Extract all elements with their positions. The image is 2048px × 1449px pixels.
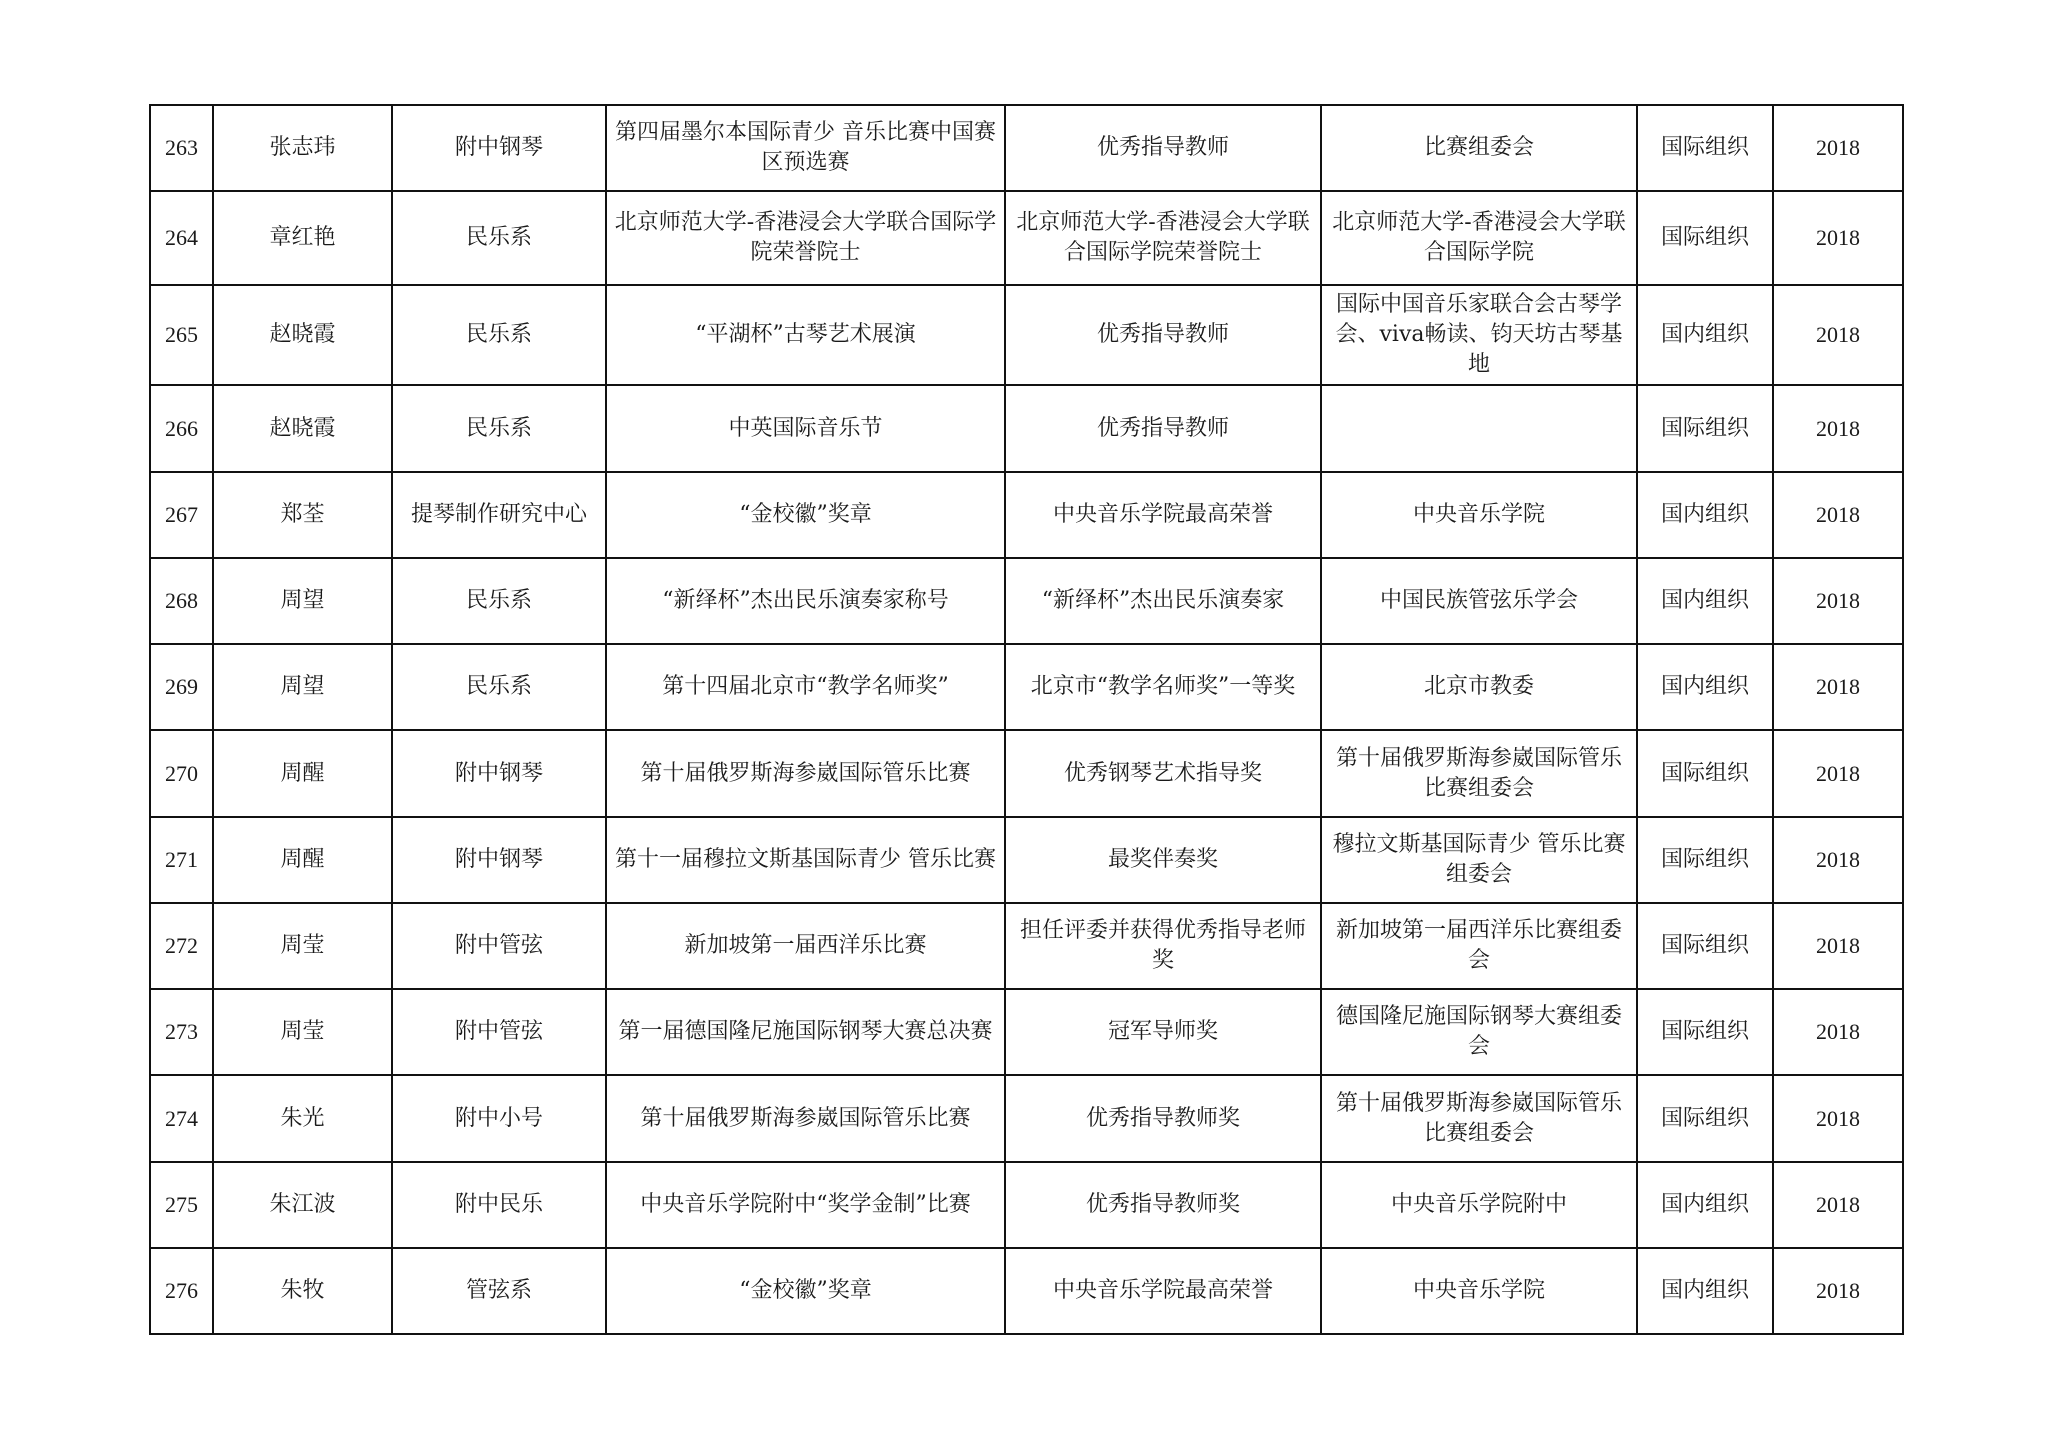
- issuing-organization: 新加坡第一届西洋乐比赛组委会: [1321, 903, 1637, 989]
- person-name: 章红艳: [213, 191, 392, 285]
- department: 附中民乐: [392, 1162, 606, 1248]
- table-row: 263 张志玮 附中钢琴 第四届墨尔本国际青少 音乐比赛中国赛区预选赛 优秀指导…: [150, 105, 1903, 191]
- row-number: 273: [150, 989, 213, 1075]
- awards-table: 263 张志玮 附中钢琴 第四届墨尔本国际青少 音乐比赛中国赛区预选赛 优秀指导…: [149, 104, 1904, 1335]
- issuing-organization: 北京师范大学-香港浸会大学联合国际学院: [1321, 191, 1637, 285]
- organization-type: 国际组织: [1637, 730, 1773, 817]
- department: 附中管弦: [392, 989, 606, 1075]
- person-name: 周莹: [213, 989, 392, 1075]
- person-name: 赵晓霞: [213, 285, 392, 385]
- event-name: 第十届俄罗斯海参崴国际管乐比赛: [606, 730, 1005, 817]
- row-number: 275: [150, 1162, 213, 1248]
- organization-type: 国际组织: [1637, 1075, 1773, 1162]
- person-name: 张志玮: [213, 105, 392, 191]
- year: 2018: [1773, 1248, 1903, 1334]
- issuing-organization: 中央音乐学院: [1321, 472, 1637, 558]
- organization-type: 国际组织: [1637, 989, 1773, 1075]
- organization-type: 国内组织: [1637, 472, 1773, 558]
- row-number: 263: [150, 105, 213, 191]
- year: 2018: [1773, 817, 1903, 903]
- event-name: 中央音乐学院附中“奖学金制”比赛: [606, 1162, 1005, 1248]
- organization-type: 国际组织: [1637, 105, 1773, 191]
- department: 附中管弦: [392, 903, 606, 989]
- table-row: 275 朱江波 附中民乐 中央音乐学院附中“奖学金制”比赛 优秀指导教师奖 中央…: [150, 1162, 1903, 1248]
- table-row: 274 朱光 附中小号 第十届俄罗斯海参崴国际管乐比赛 优秀指导教师奖 第十届俄…: [150, 1075, 1903, 1162]
- table-row: 270 周醒 附中钢琴 第十届俄罗斯海参崴国际管乐比赛 优秀钢琴艺术指导奖 第十…: [150, 730, 1903, 817]
- department: 民乐系: [392, 558, 606, 644]
- event-name: 第四届墨尔本国际青少 音乐比赛中国赛区预选赛: [606, 105, 1005, 191]
- award-name: 优秀指导教师奖: [1005, 1075, 1321, 1162]
- row-number: 264: [150, 191, 213, 285]
- issuing-organization: 中央音乐学院: [1321, 1248, 1637, 1334]
- organization-type: 国际组织: [1637, 903, 1773, 989]
- award-name: 优秀指导教师: [1005, 285, 1321, 385]
- organization-type: 国内组织: [1637, 1162, 1773, 1248]
- row-number: 276: [150, 1248, 213, 1334]
- event-name: 第一届德国隆尼施国际钢琴大赛总决赛: [606, 989, 1005, 1075]
- award-name: 最奖伴奏奖: [1005, 817, 1321, 903]
- row-number: 266: [150, 385, 213, 472]
- organization-type: 国内组织: [1637, 644, 1773, 730]
- person-name: 朱牧: [213, 1248, 392, 1334]
- issuing-organization: [1321, 385, 1637, 472]
- department: 提琴制作研究中心: [392, 472, 606, 558]
- issuing-organization: 第十届俄罗斯海参崴国际管乐比赛组委会: [1321, 730, 1637, 817]
- person-name: 郑荃: [213, 472, 392, 558]
- award-name: 优秀钢琴艺术指导奖: [1005, 730, 1321, 817]
- event-name: “新绎杯”杰出民乐演奏家称号: [606, 558, 1005, 644]
- event-name: 新加坡第一届西洋乐比赛: [606, 903, 1005, 989]
- person-name: 周醒: [213, 730, 392, 817]
- person-name: 朱江波: [213, 1162, 392, 1248]
- issuing-organization: 国际中国音乐家联合会古琴学会、viva畅读、钧天坊古琴基地: [1321, 285, 1637, 385]
- person-name: 周莹: [213, 903, 392, 989]
- document-page: 263 张志玮 附中钢琴 第四届墨尔本国际青少 音乐比赛中国赛区预选赛 优秀指导…: [0, 0, 2048, 1449]
- person-name: 朱光: [213, 1075, 392, 1162]
- award-name: 优秀指导教师: [1005, 105, 1321, 191]
- department: 民乐系: [392, 644, 606, 730]
- table-row: 264 章红艳 民乐系 北京师范大学-香港浸会大学联合国际学院荣誉院士 北京师范…: [150, 191, 1903, 285]
- organization-type: 国际组织: [1637, 817, 1773, 903]
- row-number: 272: [150, 903, 213, 989]
- year: 2018: [1773, 285, 1903, 385]
- table-row: 268 周望 民乐系 “新绎杯”杰出民乐演奏家称号 “新绎杯”杰出民乐演奏家 中…: [150, 558, 1903, 644]
- department: 民乐系: [392, 385, 606, 472]
- year: 2018: [1773, 558, 1903, 644]
- table-row: 276 朱牧 管弦系 “金校徽”奖章 中央音乐学院最高荣誉 中央音乐学院 国内组…: [150, 1248, 1903, 1334]
- person-name: 周望: [213, 558, 392, 644]
- row-number: 270: [150, 730, 213, 817]
- event-name: 北京师范大学-香港浸会大学联合国际学院荣誉院士: [606, 191, 1005, 285]
- department: 管弦系: [392, 1248, 606, 1334]
- department: 附中钢琴: [392, 817, 606, 903]
- event-name: 第十一届穆拉文斯基国际青少 管乐比赛: [606, 817, 1005, 903]
- organization-type: 国内组织: [1637, 558, 1773, 644]
- year: 2018: [1773, 472, 1903, 558]
- year: 2018: [1773, 730, 1903, 817]
- award-name: 北京市“教学名师奖”一等奖: [1005, 644, 1321, 730]
- award-name: 担任评委并获得优秀指导老师奖: [1005, 903, 1321, 989]
- award-name: 中央音乐学院最高荣誉: [1005, 472, 1321, 558]
- organization-type: 国际组织: [1637, 191, 1773, 285]
- department: 民乐系: [392, 191, 606, 285]
- award-name: 优秀指导教师: [1005, 385, 1321, 472]
- issuing-organization: 北京市教委: [1321, 644, 1637, 730]
- row-number: 267: [150, 472, 213, 558]
- organization-type: 国际组织: [1637, 385, 1773, 472]
- person-name: 周醒: [213, 817, 392, 903]
- event-name: 第十四届北京市“教学名师奖”: [606, 644, 1005, 730]
- row-number: 271: [150, 817, 213, 903]
- year: 2018: [1773, 105, 1903, 191]
- event-name: “平湖杯”古琴艺术展演: [606, 285, 1005, 385]
- table-row: 265 赵晓霞 民乐系 “平湖杯”古琴艺术展演 优秀指导教师 国际中国音乐家联合…: [150, 285, 1903, 385]
- year: 2018: [1773, 191, 1903, 285]
- event-name: “金校徽”奖章: [606, 472, 1005, 558]
- year: 2018: [1773, 644, 1903, 730]
- issuing-organization: 中国民族管弦乐学会: [1321, 558, 1637, 644]
- person-name: 赵晓霞: [213, 385, 392, 472]
- issuing-organization: 穆拉文斯基国际青少 管乐比赛组委会: [1321, 817, 1637, 903]
- event-name: “金校徽”奖章: [606, 1248, 1005, 1334]
- year: 2018: [1773, 989, 1903, 1075]
- table-row: 273 周莹 附中管弦 第一届德国隆尼施国际钢琴大赛总决赛 冠军导师奖 德国隆尼…: [150, 989, 1903, 1075]
- row-number: 269: [150, 644, 213, 730]
- year: 2018: [1773, 1075, 1903, 1162]
- award-name: 冠军导师奖: [1005, 989, 1321, 1075]
- organization-type: 国内组织: [1637, 285, 1773, 385]
- table-row: 272 周莹 附中管弦 新加坡第一届西洋乐比赛 担任评委并获得优秀指导老师奖 新…: [150, 903, 1903, 989]
- award-name: 优秀指导教师奖: [1005, 1162, 1321, 1248]
- award-name: 中央音乐学院最高荣誉: [1005, 1248, 1321, 1334]
- row-number: 265: [150, 285, 213, 385]
- row-number: 268: [150, 558, 213, 644]
- year: 2018: [1773, 903, 1903, 989]
- event-name: 第十届俄罗斯海参崴国际管乐比赛: [606, 1075, 1005, 1162]
- table-row: 271 周醒 附中钢琴 第十一届穆拉文斯基国际青少 管乐比赛 最奖伴奏奖 穆拉文…: [150, 817, 1903, 903]
- table-row: 266 赵晓霞 民乐系 中英国际音乐节 优秀指导教师 国际组织 2018: [150, 385, 1903, 472]
- department: 附中钢琴: [392, 105, 606, 191]
- issuing-organization: 比赛组委会: [1321, 105, 1637, 191]
- award-name: 北京师范大学-香港浸会大学联合国际学院荣誉院士: [1005, 191, 1321, 285]
- department: 附中钢琴: [392, 730, 606, 817]
- award-name: “新绎杯”杰出民乐演奏家: [1005, 558, 1321, 644]
- table-row: 269 周望 民乐系 第十四届北京市“教学名师奖” 北京市“教学名师奖”一等奖 …: [150, 644, 1903, 730]
- table-row: 267 郑荃 提琴制作研究中心 “金校徽”奖章 中央音乐学院最高荣誉 中央音乐学…: [150, 472, 1903, 558]
- issuing-organization: 中央音乐学院附中: [1321, 1162, 1637, 1248]
- event-name: 中英国际音乐节: [606, 385, 1005, 472]
- row-number: 274: [150, 1075, 213, 1162]
- year: 2018: [1773, 385, 1903, 472]
- department: 附中小号: [392, 1075, 606, 1162]
- issuing-organization: 第十届俄罗斯海参崴国际管乐比赛组委会: [1321, 1075, 1637, 1162]
- department: 民乐系: [392, 285, 606, 385]
- issuing-organization: 德国隆尼施国际钢琴大赛组委会: [1321, 989, 1637, 1075]
- organization-type: 国内组织: [1637, 1248, 1773, 1334]
- year: 2018: [1773, 1162, 1903, 1248]
- person-name: 周望: [213, 644, 392, 730]
